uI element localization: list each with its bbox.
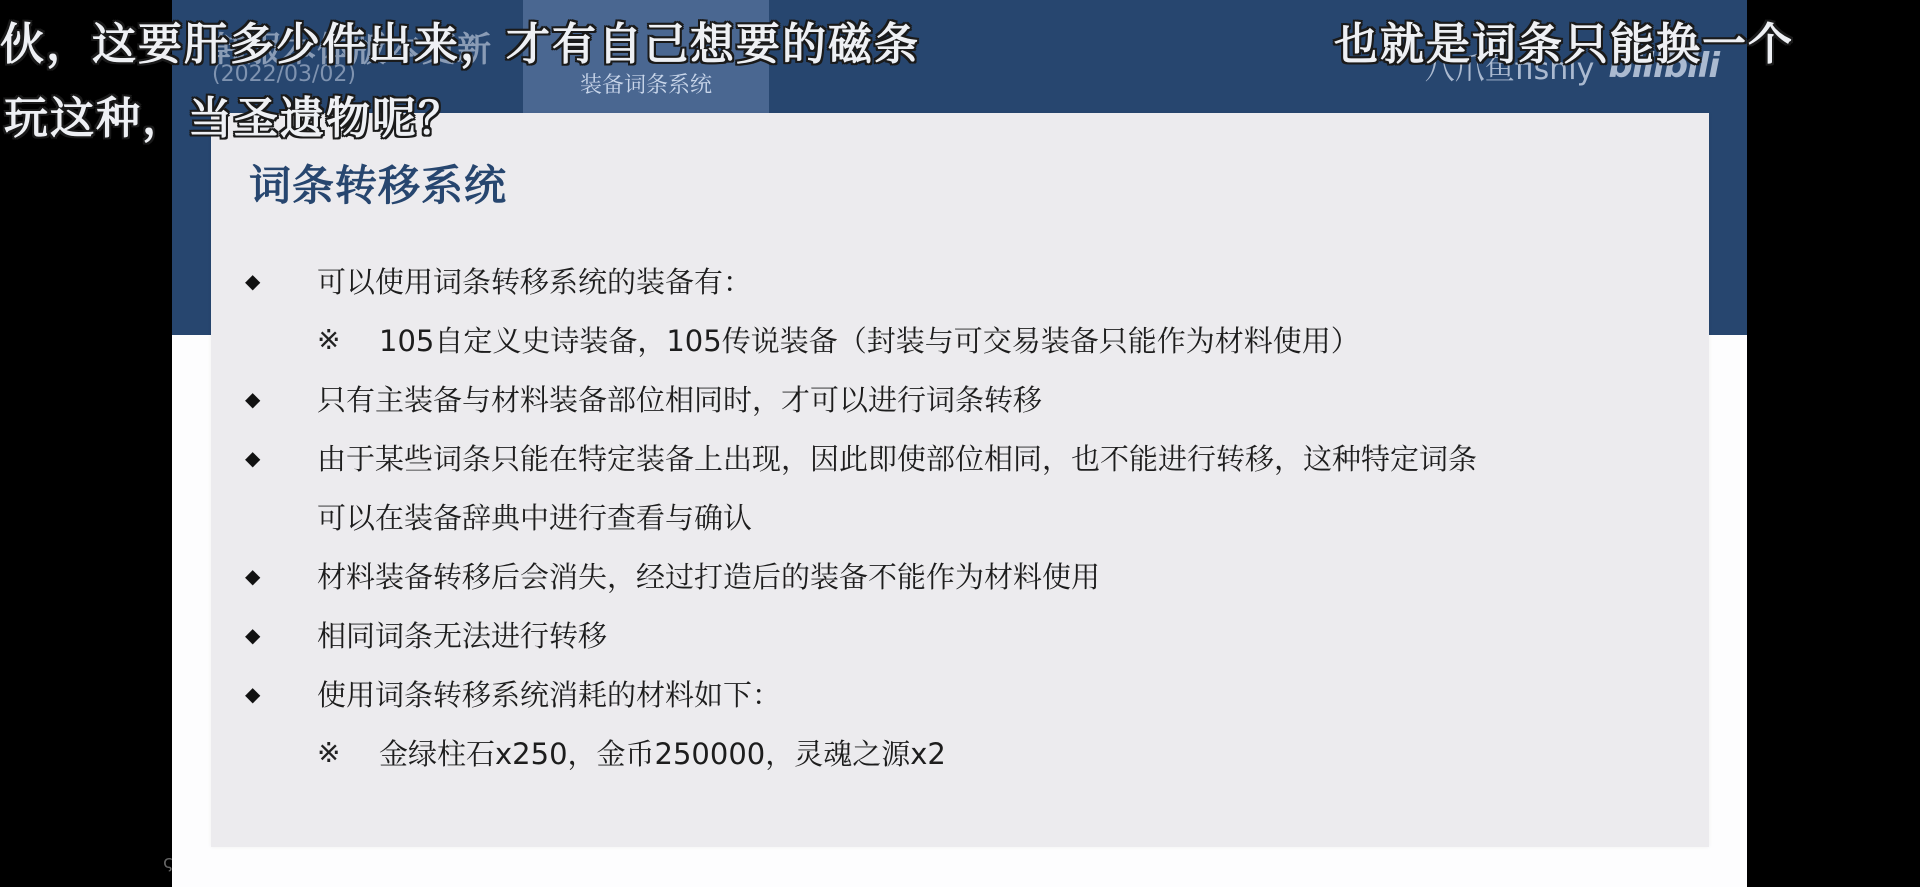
list-item: ◆ 相同词条无法进行转移: [245, 605, 1669, 664]
list-item: ◆ 使用词条转移系统消耗的材料如下：: [245, 664, 1669, 723]
reference-mark-icon: ※: [317, 736, 379, 769]
list-item-text: 可以在装备辞典中进行查看与确认: [317, 496, 752, 537]
diamond-bullet-icon: ◆: [245, 623, 317, 647]
tab-label: 装备词条系统: [523, 68, 769, 99]
list-note: ※ 105自定义史诗装备，105传说装备（封装与可交易装备只能作为材料使用）: [245, 310, 1669, 369]
card-title: 词条转移系统: [249, 153, 507, 213]
video-frame: 韩服本体版本更新 (2022/03/02) 装备词条系统 八爪鱼fishly b…: [172, 0, 1747, 887]
list-item-text: 可以使用词条转移系统的装备有：: [317, 260, 752, 301]
list-item-text: 相同词条无法进行转移: [317, 614, 607, 655]
diamond-bullet-icon: ◆: [245, 269, 317, 293]
diamond-bullet-icon: ◆: [245, 564, 317, 588]
list-item: ◆ 可以使用词条转移系统的装备有：: [245, 251, 1669, 310]
list-item: ◆ 材料装备转移后会消失，经过打造后的装备不能作为材料使用: [245, 546, 1669, 605]
list-item-text: 只有主装备与材料装备部位相同时，才可以进行词条转移: [317, 378, 1042, 419]
list-item-continuation: 可以在装备辞典中进行查看与确认: [245, 487, 1669, 546]
watermark: 八爪鱼fishly bilibili: [1425, 44, 1719, 88]
tab-equipment-affix-system: 装备词条系统: [523, 0, 769, 113]
list-note: ※ 金绿柱石x250，金币250000，灵魂之源x2: [245, 723, 1669, 782]
list-note-text: 105自定义史诗装备，105传说装备（封装与可交易装备只能作为材料使用）: [379, 319, 1360, 360]
content-card: 词条转移系统 ◆ 可以使用词条转移系统的装备有： ※ 105自定义史诗装备，10…: [211, 113, 1709, 847]
list-item-text: 材料装备转移后会消失，经过打造后的装备不能作为材料使用: [317, 555, 1100, 596]
corner-glyph-icon: ς: [163, 852, 174, 873]
reference-mark-icon: ※: [317, 323, 379, 356]
bilibili-logo-icon: bilibili: [1608, 46, 1719, 86]
slide-header-date: (2022/03/02): [212, 62, 356, 87]
diamond-bullet-icon: ◆: [245, 387, 317, 411]
list-note-text: 金绿柱石x250，金币250000，灵魂之源x2: [379, 732, 946, 773]
list-item: ◆ 只有主装备与材料装备部位相同时，才可以进行词条转移: [245, 369, 1669, 428]
diamond-bullet-icon: ◆: [245, 682, 317, 706]
list-item: ◆ 由于某些词条只能在特定装备上出现，因此即使部位相同，也不能进行转移，这种特定…: [245, 428, 1669, 487]
list-item-text: 由于某些词条只能在特定装备上出现，因此即使部位相同，也不能进行转移，这种特定词条: [317, 437, 1477, 478]
watermark-uploader: 八爪鱼fishly: [1425, 44, 1595, 88]
rules-list: ◆ 可以使用词条转移系统的装备有： ※ 105自定义史诗装备，105传说装备（封…: [245, 251, 1669, 782]
list-item-text: 使用词条转移系统消耗的材料如下：: [317, 673, 781, 714]
diamond-bullet-icon: ◆: [245, 446, 317, 470]
